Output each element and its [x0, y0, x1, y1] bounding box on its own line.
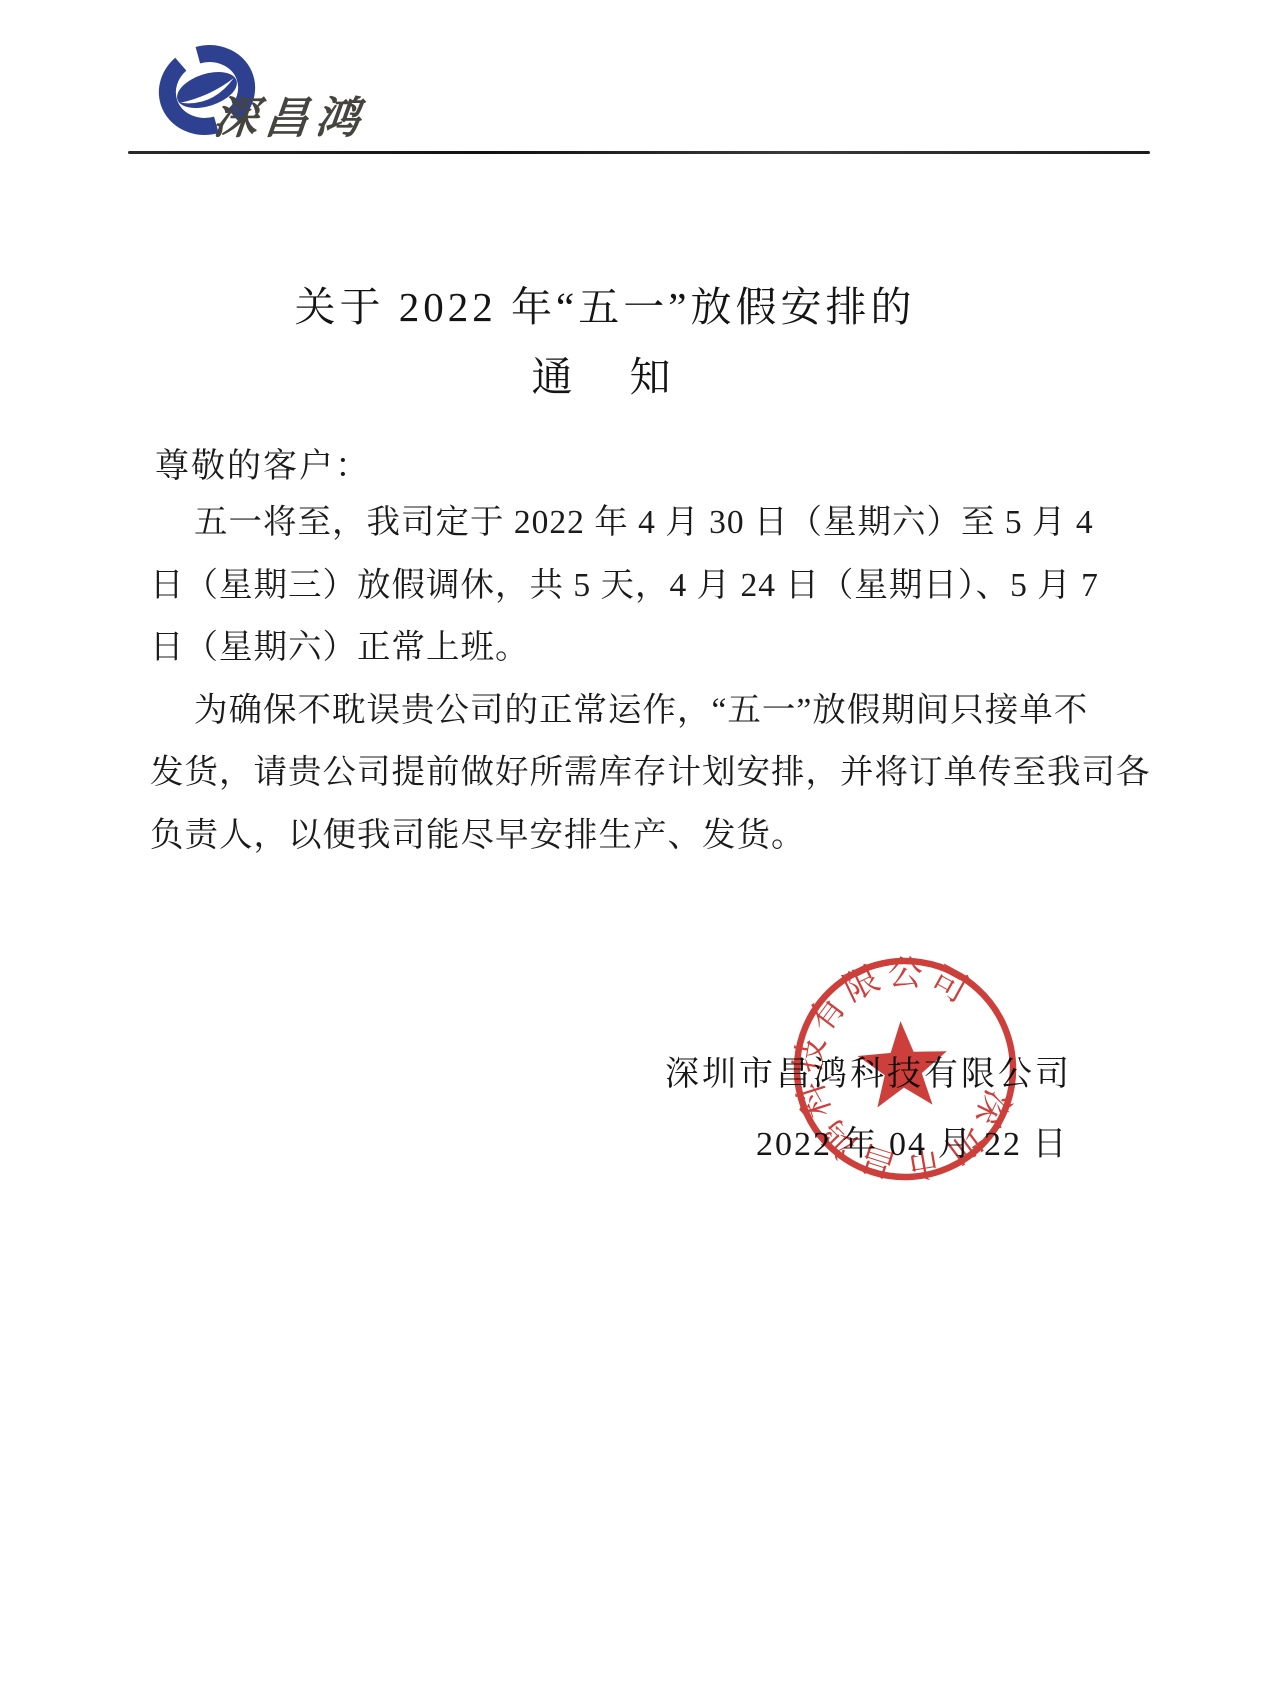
- notice-title-line2: 通 知: [130, 344, 1080, 403]
- header-divider: [128, 151, 1150, 154]
- body-line: 发货，请贵公司提前做好所需库存计划安排，并将订单传至我司各: [150, 742, 1140, 805]
- notice-document-page: 深昌鸿 关于 2022 年“五一”放假安排的 通 知 尊敬的客户： 五一将至，我…: [0, 0, 1276, 1702]
- logo-text: 深昌鸿: [211, 82, 371, 146]
- notice-body: 五一将至，我司定于 2022 年 4 月 30 日（星期六）至 5 月 4 日（…: [150, 492, 1140, 867]
- body-line: 为确保不耽误贵公司的正常运作，“五一”放假期间只接单不: [150, 680, 1140, 743]
- body-line: 日（星期六）正常上班。: [150, 617, 1140, 680]
- body-line: 负责人，以便我司能尽早安排生产、发货。: [150, 805, 1140, 868]
- notice-title-line1: 关于 2022 年“五一”放假安排的: [130, 274, 1080, 333]
- body-line: 五一将至，我司定于 2022 年 4 月 30 日（星期六）至 5 月 4: [150, 492, 1140, 555]
- company-seal: 深圳市昌鸿科技有限公司: [790, 950, 1026, 1194]
- greeting: 尊敬的客户：: [155, 438, 371, 487]
- body-line: 日（星期三）放假调休，共 5 天，4 月 24 日（星期日）、5 月 7: [150, 555, 1140, 618]
- company-logo: 深昌鸿: [150, 42, 610, 152]
- seal-star-icon: [856, 1019, 950, 1109]
